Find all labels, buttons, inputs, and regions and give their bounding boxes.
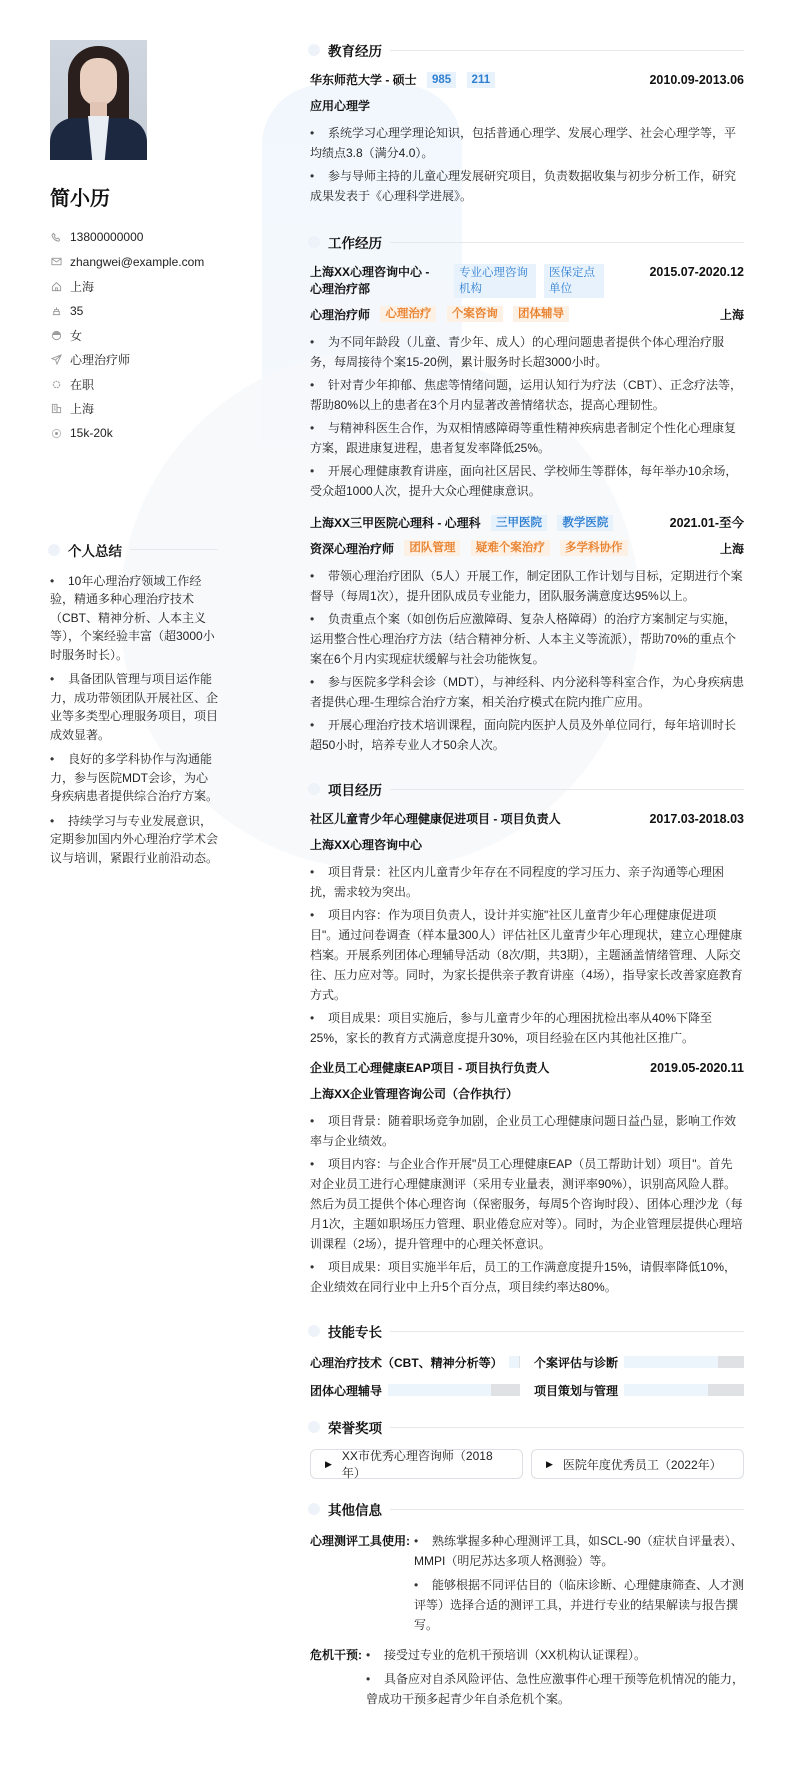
project-bullet: 项目背景：随着职场竞争加剧，企业员工心理健康问题日益凸显，影响工作效率与企业绩效… <box>310 1111 744 1151</box>
project-name: 社区儿童青少年心理健康促进项目 - 项目负责人 <box>310 811 561 828</box>
section-dot-icon <box>308 44 320 56</box>
other-bullet: 接受过专业的危机干预培训（XX机构认证课程）。 <box>362 1645 744 1665</box>
age-icon <box>50 305 62 317</box>
main-content: 教育经历 华东师范大学 - 硕士 985 211 2010.09-2013.06… <box>310 40 744 1731</box>
project-entry: 社区儿童青少年心理健康促进项目 - 项目负责人 2017.03-2018.03 … <box>310 811 744 1048</box>
work-bullet: 带领心理治疗团队（5人）开展工作，制定团队工作计划与目标，定期进行个案督导（每周… <box>310 566 744 606</box>
section-dot-icon <box>308 1421 320 1433</box>
info-phone: 13800000000 <box>50 225 218 250</box>
role-title: 资深心理治疗师 <box>310 542 394 556</box>
education-entry: 华东师范大学 - 硕士 985 211 2010.09-2013.06 应用心理… <box>310 72 744 206</box>
role-title: 心理治疗师 <box>310 308 370 322</box>
section-title: 个人总结 <box>50 540 218 560</box>
education-section: 教育经历 华东师范大学 - 硕士 985 211 2010.09-2013.06… <box>310 40 744 206</box>
summary-item: 10年心理治疗领域工作经验，精通多种心理治疗技术（CBT、精神分析、人本主义等）… <box>50 572 218 665</box>
triangle-right-icon: ▶ <box>546 1459 553 1470</box>
other-label: 危机干预: <box>310 1645 362 1713</box>
work-entry: 上海XX心理咨询中心 - 心理治疗部 专业心理咨询机构 医保定点单位 2015.… <box>310 264 744 501</box>
school-tag: 985 <box>427 72 456 88</box>
other-bullet: 熟练掌握多种心理测评工具，如SCL-90（症状自评量表）、MMPI（明尼苏达多项… <box>410 1531 744 1571</box>
section-dot-icon <box>308 236 320 248</box>
salary-icon <box>50 427 62 439</box>
section-title: 其他信息 <box>310 1499 744 1519</box>
work-bullet: 针对青少年抑郁、焦虑等情绪问题，运用认知行为疗法（CBT）、正念疗法等，帮助80… <box>310 375 744 415</box>
summary-item: 良好的多学科协作与沟通能力，参与医院MDT会诊，为心身疾病患者提供综合治疗方案。 <box>50 750 218 806</box>
other-row: 心理测评工具使用: 熟练掌握多种心理测评工具，如SCL-90（症状自评量表）、M… <box>310 1531 744 1639</box>
skill-bar <box>388 1384 520 1396</box>
skill-bar <box>624 1384 744 1396</box>
candidate-name: 简小历 <box>50 182 218 211</box>
summary-section: 个人总结 10年心理治疗领域工作经验，精通多种心理治疗技术（CBT、精神分析、人… <box>50 540 218 868</box>
section-title: 项目经历 <box>310 779 744 799</box>
role-row: 心理治疗师 心理治疗 个案咨询 团体辅导 上海 <box>310 306 744 323</box>
project-bullet: 项目成果：项目实施半年后，员工的工作满意度提升15%，请假率降低10%，企业绩效… <box>310 1257 744 1297</box>
work-bullet: 参与医院多学科会诊（MDT），与神经科、内分泌科等科室合作，为心身疾病患者提供心… <box>310 672 744 712</box>
education-bullet: 系统学习心理学理论知识，包括普通心理学、发展心理学、社会心理学等，平均绩点3.8… <box>310 123 744 163</box>
send-icon <box>50 354 62 366</box>
project-date: 2017.03-2018.03 <box>649 811 744 828</box>
section-title: 教育经历 <box>310 40 744 60</box>
education-bullet: 参与导师主持的儿童心理发展研究项目，负责数据收集与初步分析工作，研究成果发表于《… <box>310 166 744 206</box>
info-salary: 15k-20k <box>50 421 218 446</box>
work-date: 2015.07-2020.12 <box>649 264 744 281</box>
section-dot-icon <box>308 1325 320 1337</box>
other-section: 其他信息 心理测评工具使用: 熟练掌握多种心理测评工具，如SCL-90（症状自评… <box>310 1499 744 1713</box>
company-name: 上海XX心理咨询中心 - 心理治疗部 <box>310 264 444 298</box>
section-title: 荣誉奖项 <box>310 1417 744 1437</box>
project-date: 2019.05-2020.11 <box>650 1060 744 1077</box>
role-row: 资深心理治疗师 团队管理 疑难个案治疗 多学科协作 上海 <box>310 540 744 557</box>
school-name: 华东师范大学 - 硕士 <box>310 73 417 87</box>
project-bullet: 项目内容：作为项目负责人，设计并实施"社区儿童青少年心理健康促进项目"。通过问卷… <box>310 905 744 1005</box>
company-name: 上海XX三甲医院心理科 - 心理科 <box>310 516 481 530</box>
skill-item: 心理治疗技术（CBT、精神分析等） <box>310 1353 520 1371</box>
status-icon <box>50 378 62 390</box>
project-org: 上海XX企业管理咨询公司（合作执行） <box>310 1085 744 1102</box>
skill-item: 项目策划与管理 <box>534 1381 744 1399</box>
summary-item: 具备团队管理与项目运作能力，成功带领团队开展社区、企业等多类型心理服务项目，项目… <box>50 670 218 744</box>
other-label: 心理测评工具使用: <box>310 1531 410 1639</box>
work-entry: 上海XX三甲医院心理科 - 心理科 三甲医院 教学医院 2021.01-至今 资… <box>310 515 744 755</box>
role-tag: 团体辅导 <box>513 306 569 322</box>
info-age: 35 <box>50 299 218 324</box>
skill-item: 个案评估与诊断 <box>534 1353 744 1371</box>
school-tag: 211 <box>467 72 496 88</box>
work-location: 上海 <box>720 306 744 323</box>
phone-icon <box>50 231 62 243</box>
role-tag: 心理治疗 <box>380 306 436 322</box>
skills-section: 技能专长 心理治疗技术（CBT、精神分析等） 个案评估与诊断 团体心理辅导 项目… <box>310 1321 744 1399</box>
awards-list: ▶ XX市优秀心理咨询师（2018年） ▶ 医院年度优秀员工（2022年） <box>310 1449 744 1479</box>
work-bullet: 与精神科医生合作，为双相情感障碍等重性精神疾病患者制定个性化心理康复方案，跟进康… <box>310 418 744 458</box>
org-tag: 医保定点单位 <box>544 264 604 298</box>
award-item[interactable]: ▶ XX市优秀心理咨询师（2018年） <box>310 1449 523 1479</box>
work-bullet: 开展心理治疗技术培训课程，面向院内医护人员及外单位同行，每年培训时长超50小时，… <box>310 715 744 755</box>
section-dot-icon <box>308 1503 320 1515</box>
info-status: 在职 <box>50 372 218 397</box>
section-title: 工作经历 <box>310 232 744 252</box>
gender-icon <box>50 329 62 341</box>
org-tag: 教学医院 <box>557 515 613 531</box>
project-name: 企业员工心理健康EAP项目 - 项目执行负责人 <box>310 1060 549 1077</box>
summary-item: 持续学习与专业发展意识，定期参加国内外心理治疗学术会议与培训，紧跟行业前沿动态。 <box>50 812 218 868</box>
other-row: 危机干预: 接受过专业的危机干预培训（XX机构认证课程）。 具备应对自杀风险评估… <box>310 1645 744 1713</box>
project-org: 上海XX心理咨询中心 <box>310 836 744 853</box>
contact-info-list: 13800000000 zhangwei@example.com 上海 35 女… <box>50 225 218 446</box>
section-title: 技能专长 <box>310 1321 744 1341</box>
role-tag: 个案咨询 <box>447 306 503 322</box>
org-tag: 专业心理咨询机构 <box>454 264 536 298</box>
info-gender: 女 <box>50 323 218 348</box>
section-dot-icon <box>308 783 320 795</box>
profile-photo <box>50 40 147 160</box>
skill-bar <box>509 1356 520 1368</box>
triangle-right-icon: ▶ <box>325 1459 332 1470</box>
other-bullet: 具备应对自杀风险评估、急性应激事件心理干预等危机情况的能力，曾成功干预多起青少年… <box>362 1669 744 1709</box>
resume-page: 简小历 13800000000 zhangwei@example.com 上海 … <box>0 0 794 1751</box>
project-bullet: 项目成果：项目实施后，参与儿童青少年的心理困扰检出率从40%下降至25%，家长的… <box>310 1008 744 1048</box>
home-icon <box>50 280 62 292</box>
info-position: 心理治疗师 <box>50 348 218 373</box>
projects-section: 项目经历 社区儿童青少年心理健康促进项目 - 项目负责人 2017.03-201… <box>310 779 744 1297</box>
section-dot-icon <box>48 544 60 556</box>
work-location: 上海 <box>720 540 744 557</box>
work-date: 2021.01-至今 <box>670 515 744 532</box>
work-bullet: 开展心理健康教育讲座，面向社区居民、学校师生等群体，每年举办10余场，受众超10… <box>310 461 744 501</box>
info-work-city: 上海 <box>50 397 218 422</box>
work-bullet: 负责重点个案（如创伤后应激障碍、复杂人格障碍）的治疗方案制定与实施，运用整合性心… <box>310 609 744 669</box>
awards-section: 荣誉奖项 ▶ XX市优秀心理咨询师（2018年） ▶ 医院年度优秀员工（2022… <box>310 1417 744 1479</box>
major: 应用心理学 <box>310 97 744 114</box>
skill-item: 团体心理辅导 <box>310 1381 520 1399</box>
work-bullet: 为不同年龄段（儿童、青少年、成人）的心理问题患者提供个体心理治疗服务，每周接待个… <box>310 332 744 372</box>
info-email: zhangwei@example.com <box>50 250 218 275</box>
info-city: 上海 <box>50 274 218 299</box>
project-bullet: 项目内容：与企业合作开展"员工心理健康EAP（员工帮助计划）项目"。首先对企业员… <box>310 1154 744 1254</box>
skills-grid: 心理治疗技术（CBT、精神分析等） 个案评估与诊断 团体心理辅导 项目策划与管理 <box>310 1353 744 1399</box>
work-section: 工作经历 上海XX心理咨询中心 - 心理治疗部 专业心理咨询机构 医保定点单位 … <box>310 232 744 755</box>
project-entry: 企业员工心理健康EAP项目 - 项目执行负责人 2019.05-2020.11 … <box>310 1060 744 1297</box>
skill-bar <box>624 1356 744 1368</box>
award-item[interactable]: ▶ 医院年度优秀员工（2022年） <box>531 1449 744 1479</box>
education-date: 2010.09-2013.06 <box>649 72 744 89</box>
other-bullet: 能够根据不同评估目的（临床诊断、心理健康筛查、人才测评等）选择合适的测评工具，并… <box>410 1575 744 1635</box>
left-sidebar: 简小历 13800000000 zhangwei@example.com 上海 … <box>50 40 218 1731</box>
role-tag: 疑难个案治疗 <box>471 540 550 556</box>
role-tag: 多学科协作 <box>560 540 628 556</box>
project-bullet: 项目背景：社区内儿童青少年存在不同程度的学习压力、亲子沟通等心理困扰，需求较为突… <box>310 862 744 902</box>
mail-icon <box>50 256 62 268</box>
role-tag: 团队管理 <box>404 540 460 556</box>
org-tag: 三甲医院 <box>491 515 547 531</box>
summary-list: 10年心理治疗领域工作经验，精通多种心理治疗技术（CBT、精神分析、人本主义等）… <box>50 572 218 868</box>
building-icon <box>50 403 62 415</box>
